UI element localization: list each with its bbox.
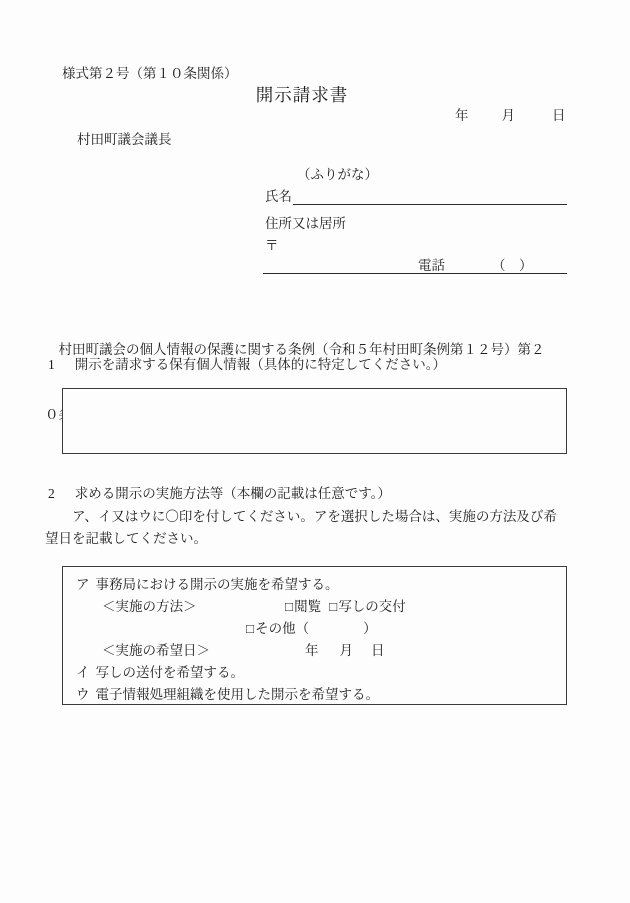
section2-title: 求める開示の実施方法等（本欄の記載は任意です。）	[75, 486, 391, 501]
addressee: 村田町議会議長	[77, 130, 172, 150]
phone-label: 電話	[418, 256, 445, 276]
name-input-line[interactable]	[293, 186, 567, 205]
checkbox-view-icon[interactable]: □	[285, 599, 293, 614]
date-month-label: 月	[502, 108, 516, 123]
disclosure-method-box: ア事務局における開示の実施を希望する。 ＜実施の方法＞□閲覧□写しの交付 □その…	[62, 566, 567, 705]
section1-number: 1	[48, 357, 55, 372]
other-checkbox-row: □その他（ ）	[246, 619, 377, 639]
furigana-label: （ふりがな）	[297, 165, 378, 185]
checkbox-copy-label: 写しの交付	[338, 599, 406, 614]
option-c-text: 電子情報処理組織を使用した開示を希望する。	[96, 687, 380, 702]
checkbox-other-label: その他（ ）	[255, 621, 377, 636]
checkbox-view-label: 閲覧	[294, 599, 321, 614]
date-year-label: 年	[455, 108, 469, 123]
desired-date-row: ＜実施の希望日＞年月日	[102, 641, 210, 661]
option-b-text: 写しの送付を希望する。	[96, 665, 245, 680]
option-a-text: 事務局における開示の実施を希望する。	[96, 577, 339, 592]
date-line: 年月日	[455, 106, 566, 126]
checkbox-other-icon[interactable]: □	[246, 621, 254, 636]
address-label: 住所又は居所	[265, 214, 346, 234]
section2-instruction-line1: ア、イ又はウに〇印を付してください。アを選択した場合は、実施の方法及び希	[72, 507, 557, 527]
postal-mark: 〒	[265, 236, 279, 256]
section2-instruction-line2: 望日を記載してください。	[45, 529, 207, 549]
section2-heading: 2求める開示の実施方法等（本欄の記載は任意です。）	[48, 484, 391, 504]
option-c-label: ウ	[76, 687, 90, 702]
section1-title: 開示を請求する保有個人情報（具体的に特定してください。）	[75, 357, 446, 372]
method-row: ＜実施の方法＞□閲覧□写しの交付	[102, 597, 197, 617]
method-label: ＜実施の方法＞	[102, 599, 197, 614]
option-a-label: ア	[76, 577, 90, 592]
option-b-row: イ写しの送付を希望する。	[76, 663, 244, 683]
option-a-row: ア事務局における開示の実施を希望する。	[76, 575, 339, 595]
form-number: 様式第２号（第１０条関係）	[62, 64, 238, 84]
section1-heading: 1開示を請求する保有個人情報（具体的に特定してください。）	[48, 355, 446, 375]
date-day-label: 日	[552, 108, 566, 123]
phone-paren: （ ）	[492, 256, 533, 276]
section2-number: 2	[48, 486, 55, 501]
desired-month-label: 月	[340, 643, 354, 658]
phone-input-line[interactable]: 電話 （ ）	[263, 255, 567, 274]
option-c-row: ウ電子情報処理組織を使用した開示を希望する。	[76, 685, 379, 705]
method-checkboxes: □閲覧□写しの交付	[285, 597, 406, 617]
option-b-label: イ	[76, 665, 90, 680]
desired-date-fields[interactable]: 年月日	[305, 641, 385, 661]
disclosure-request-form-page: { "header": { "form_number": "様式第２号（第１０条…	[0, 0, 630, 903]
desired-day-label: 日	[371, 643, 385, 658]
desired-year-label: 年	[305, 643, 319, 658]
desired-date-label: ＜実施の希望日＞	[102, 643, 210, 658]
checkbox-copy-icon[interactable]: □	[329, 599, 337, 614]
page-title: 開示請求書	[0, 82, 604, 107]
name-label: 氏名	[265, 187, 292, 207]
request-detail-box[interactable]	[62, 388, 567, 454]
